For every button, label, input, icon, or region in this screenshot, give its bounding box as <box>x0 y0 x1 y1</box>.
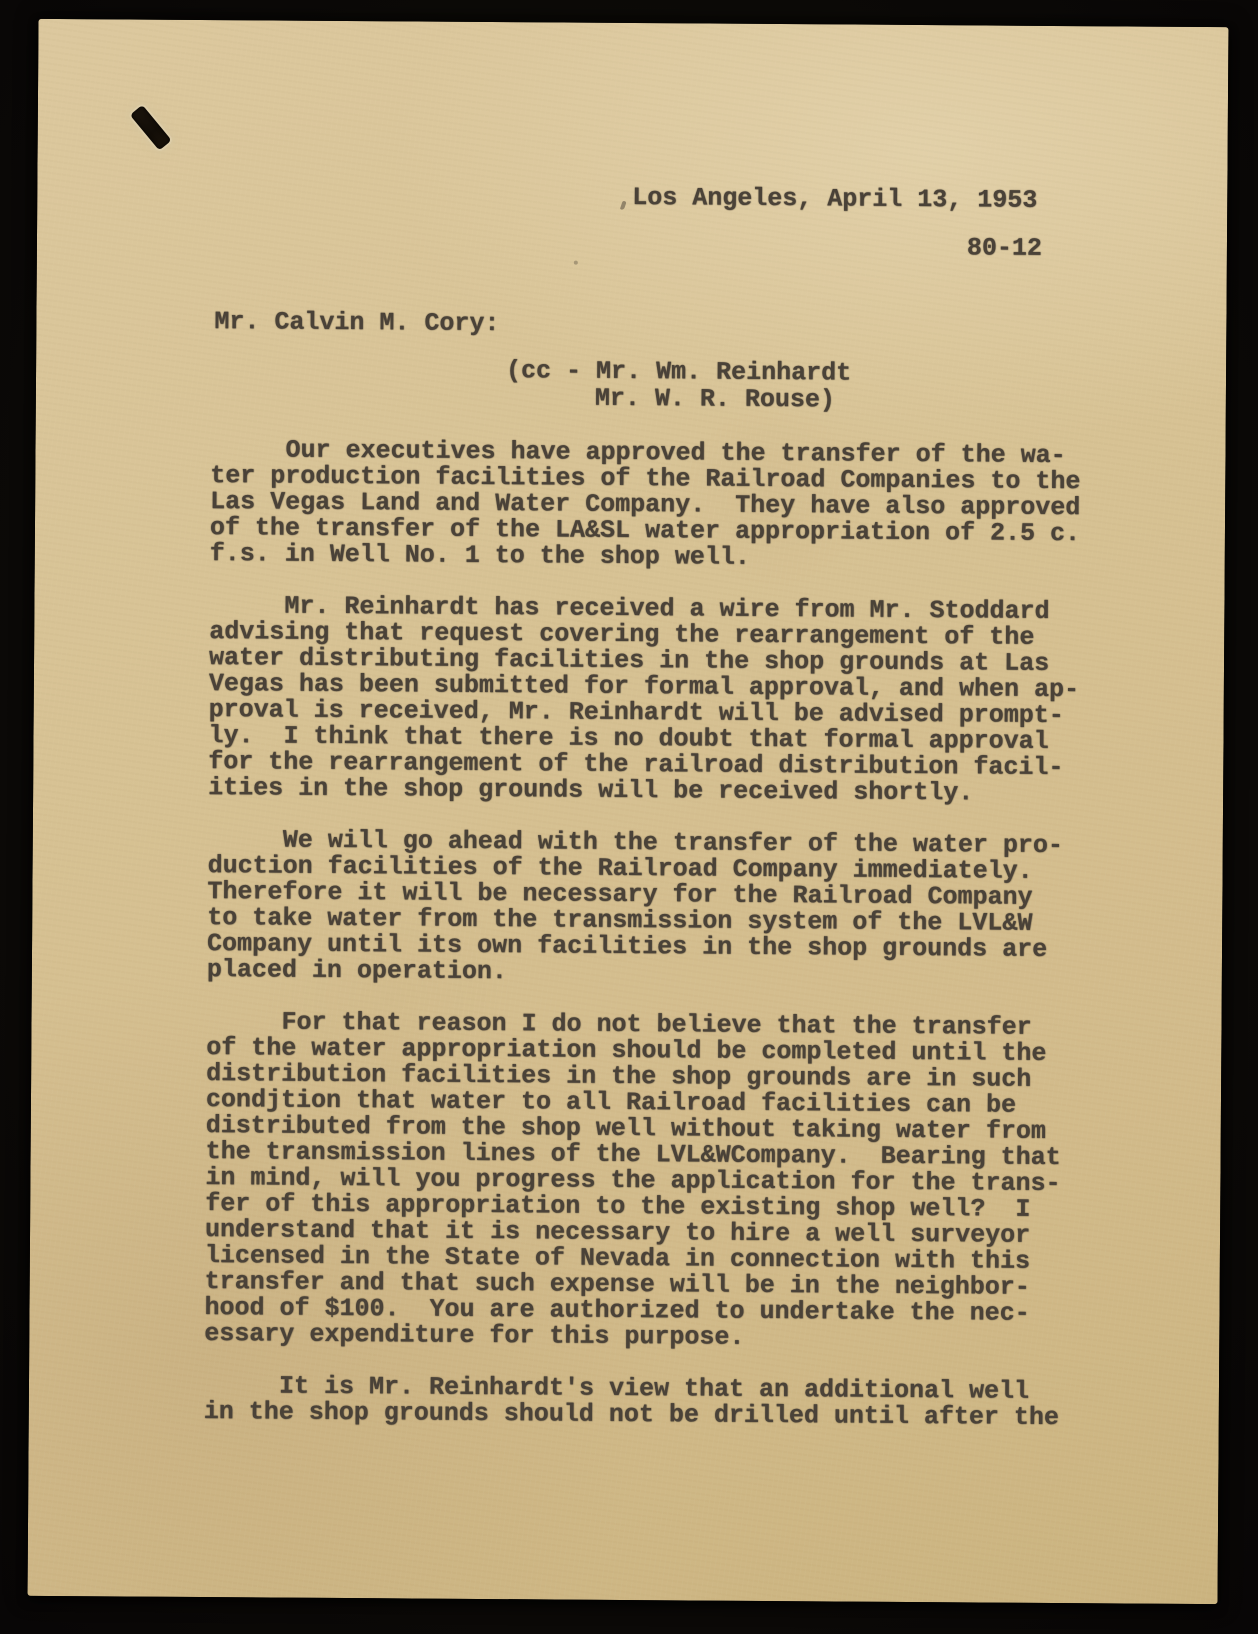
letter-body: Our executives have approved the transfe… <box>204 437 1101 1457</box>
punch-hole <box>130 105 172 151</box>
scan-speck <box>574 261 578 265</box>
cc-line-1: (cc - Mr. Wm. Reinhardt <box>506 358 851 386</box>
paragraph-4: For that reason I do not believe that th… <box>204 1009 1096 1353</box>
paragraph-1: Our executives have approved the transfe… <box>210 437 1101 573</box>
salutation: Mr. Calvin M. Cory: <box>214 309 499 337</box>
paragraph-5: It is Mr. Reinhardt's view that an addit… <box>204 1373 1094 1431</box>
scan-speck <box>620 201 627 211</box>
letter-page: Los Angeles, April 13, 1953 80-12 Mr. Ca… <box>28 19 1229 1604</box>
file-number: 80-12 <box>967 235 1042 262</box>
paragraph-2: Mr. Reinhardt has received a wire from M… <box>208 593 1099 807</box>
scan-background: Los Angeles, April 13, 1953 80-12 Mr. Ca… <box>0 0 1258 1634</box>
dateline: Los Angeles, April 13, 1953 <box>632 185 1037 214</box>
paragraph-3: We will go ahead with the transfer of th… <box>207 827 1098 989</box>
cc-line-2: Mr. W. R. Rouse) <box>595 386 835 414</box>
